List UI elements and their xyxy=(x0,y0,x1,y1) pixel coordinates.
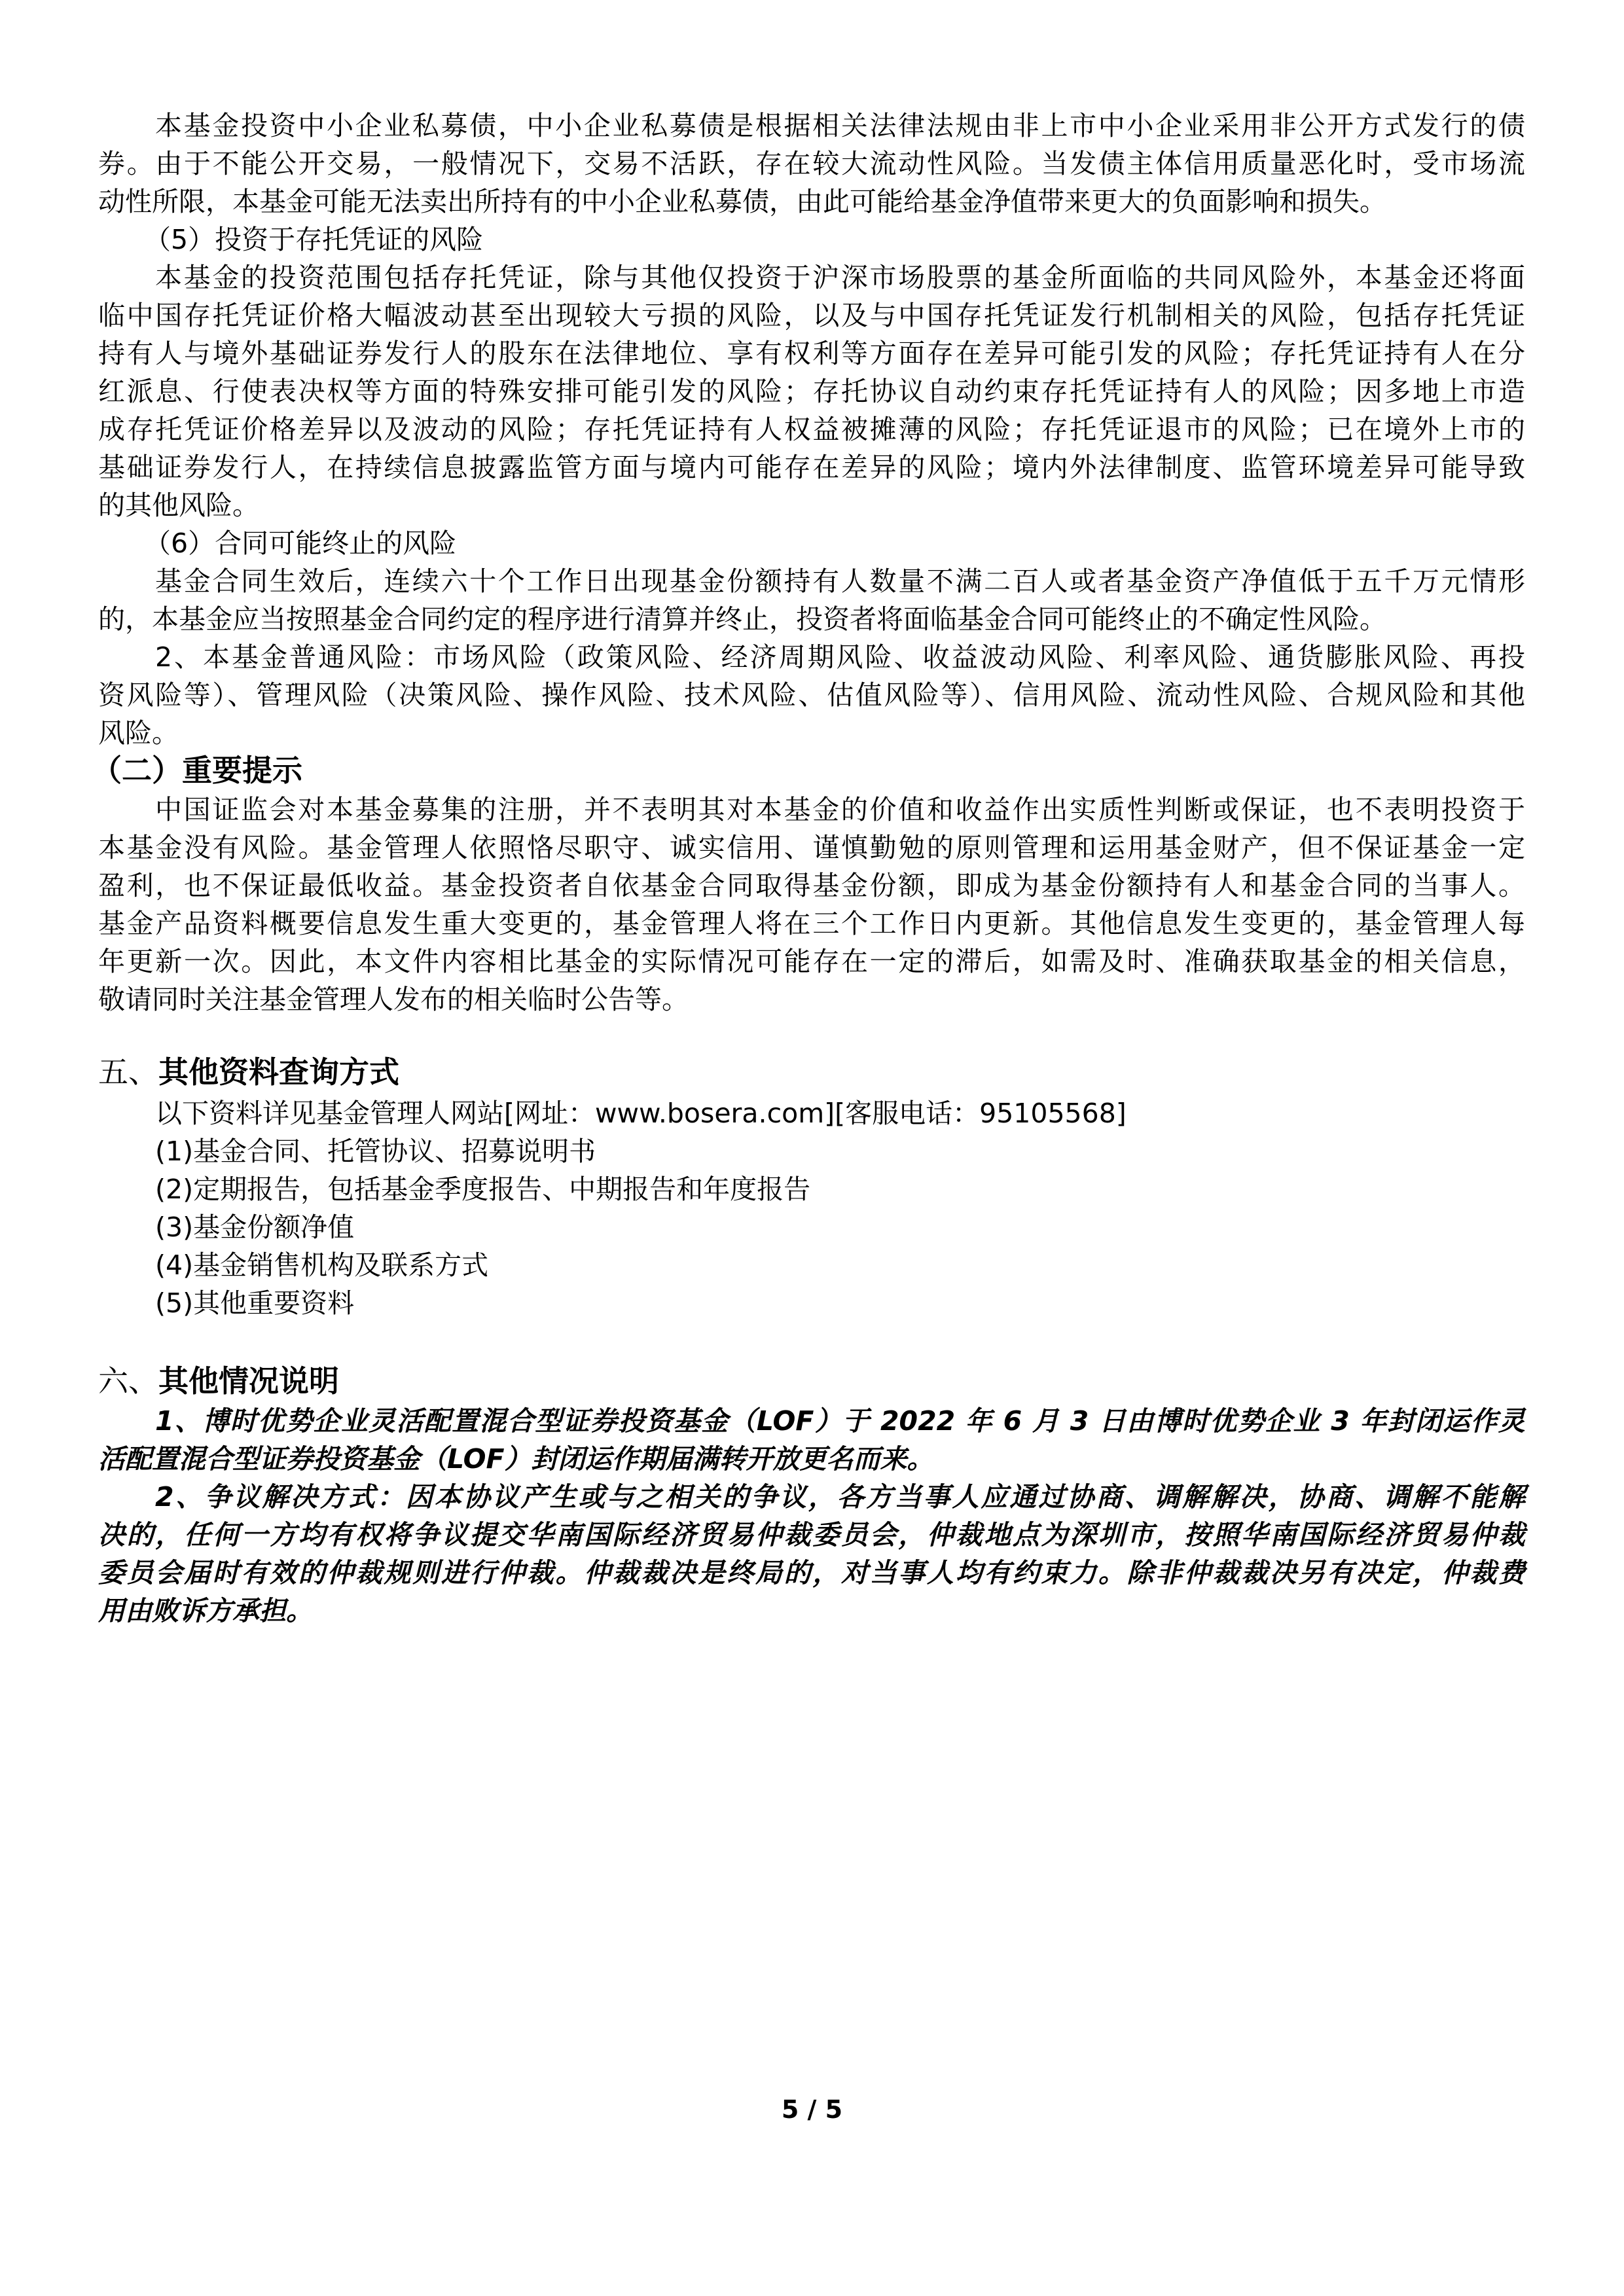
paragraph-line: 活配置混合型证券投资基金（LOF）封闭运作期届满转开放更名而来。 xyxy=(98,1440,1525,1478)
section-heading-important-notice: （二）重要提示 xyxy=(92,750,302,791)
document-page: 本基金投资中小企业私募债，中小企业私募债是根据相关法律法规由非上市中小企业采用非… xyxy=(0,0,1624,2296)
paragraph-line: 2、本基金普通风险：市场风险（政策风险、经济周期风险、收益波动风险、利率风险、通… xyxy=(155,638,1525,676)
subsection-title-risk-6: （6）合同可能终止的风险 xyxy=(144,524,456,562)
subsection-title-risk-5: （5）投资于存托凭证的风险 xyxy=(144,221,483,259)
list-item: (4)基金销售机构及联系方式 xyxy=(155,1246,488,1284)
paragraph-line: 年更新一次。因此，本文件内容相比基金的实际情况可能存在一定的滞后，如需及时、准确… xyxy=(98,942,1525,980)
paragraph-line: 本基金的投资范围包括存托凭证，除与其他仅投资于沪深市场股票的基金所面临的共同风险… xyxy=(155,259,1525,296)
section-number: 五、 xyxy=(98,1054,158,1090)
paragraph-line: 基金产品资料概要信息发生重大变更的，基金管理人将在三个工作日内更新。其他信息发生… xyxy=(98,905,1525,942)
section-heading-6: 六、其他情况说明 xyxy=(98,1360,339,1402)
list-item: (3)基金份额净值 xyxy=(155,1208,354,1246)
section-title: 其他资料查询方式 xyxy=(158,1054,399,1090)
paragraph-line: 风险。 xyxy=(98,714,1525,752)
paragraph-line: 成存托凭证价格差异以及波动的风险；存托凭证持有人权益被摊薄的风险；存托凭证退市的… xyxy=(98,410,1525,448)
paragraph-line: 本基金投资中小企业私募债，中小企业私募债是根据相关法律法规由非上市中小企业采用非… xyxy=(155,107,1525,145)
paragraph-line: 委员会届时有效的仲裁规则进行仲裁。仲裁裁决是终局的，对当事人均有约束力。除非仲裁… xyxy=(98,1554,1525,1592)
paragraph-line: 资风险等）、管理风险（决策风险、操作风险、技术风险、估值风险等）、信用风险、流动… xyxy=(98,676,1525,714)
section-title: 其他情况说明 xyxy=(158,1363,339,1399)
paragraph-line: 盈利，也不保证最低收益。基金投资者自依基金合同取得基金份额，即成为基金份额持有人… xyxy=(98,867,1525,905)
section-number: 六、 xyxy=(98,1363,158,1399)
list-item: (5)其他重要资料 xyxy=(155,1284,354,1322)
paragraph-line: 1、博时优势企业灵活配置混合型证券投资基金（LOF）于 2022 年 6 月 3… xyxy=(155,1402,1525,1440)
paragraph-line: 决的，任何一方均有权将争议提交华南国际经济贸易仲裁委员会，仲裁地点为深圳市，按照… xyxy=(98,1516,1525,1554)
paragraph-line: 红派息、行使表决权等方面的特殊安排可能引发的风险；存托协议自动约束存托凭证持有人… xyxy=(98,372,1525,410)
paragraph-line: 敬请同时关注基金管理人发布的相关临时公告等。 xyxy=(98,980,1525,1018)
paragraph-line: 中国证监会对本基金募集的注册，并不表明其对本基金的价值和收益作出实质性判断或保证… xyxy=(155,791,1525,829)
paragraph-line: 的，本基金应当按照基金合同约定的程序进行清算并终止，投资者将面临基金合同可能终止… xyxy=(98,600,1525,638)
paragraph-line: 本基金没有风险。基金管理人依照恪尽职守、诚实信用、谨慎勤勉的原则管理和运用基金财… xyxy=(98,829,1525,867)
section-intro: 以下资料详见基金管理人网站[网址：www.bosera.com][客服电话：95… xyxy=(155,1094,1127,1132)
paragraph-line: 的其他风险。 xyxy=(98,486,1525,524)
list-item: (2)定期报告，包括基金季度报告、中期报告和年度报告 xyxy=(155,1170,810,1208)
section-heading-5: 五、其他资料查询方式 xyxy=(98,1051,399,1093)
paragraph-line: 用由败诉方承担。 xyxy=(98,1592,1525,1630)
page-number: 5 / 5 xyxy=(0,2093,1624,2126)
paragraph-line: 券。由于不能公开交易，一般情况下，交易不活跃，存在较大流动性风险。当发债主体信用… xyxy=(98,145,1525,183)
paragraph-line: 持有人与境外基础证券发行人的股东在法律地位、享有权利等方面存在差异可能引发的风险… xyxy=(98,334,1525,372)
paragraph-line: 临中国存托凭证价格大幅波动甚至出现较大亏损的风险，以及与中国存托凭证发行机制相关… xyxy=(98,296,1525,334)
paragraph-line: 2、争议解决方式：因本协议产生或与之相关的争议，各方当事人应通过协商、调解解决，… xyxy=(155,1478,1525,1516)
list-item: (1)基金合同、托管协议、招募说明书 xyxy=(155,1132,596,1170)
paragraph-line: 基金合同生效后，连续六十个工作日出现基金份额持有人数量不满二百人或者基金资产净值… xyxy=(155,562,1525,600)
paragraph-line: 动性所限，本基金可能无法卖出所持有的中小企业私募债，由此可能给基金净值带来更大的… xyxy=(98,183,1525,221)
paragraph-line: 基础证券发行人，在持续信息披露监管方面与境内可能存在差异的风险；境内外法律制度、… xyxy=(98,448,1525,486)
